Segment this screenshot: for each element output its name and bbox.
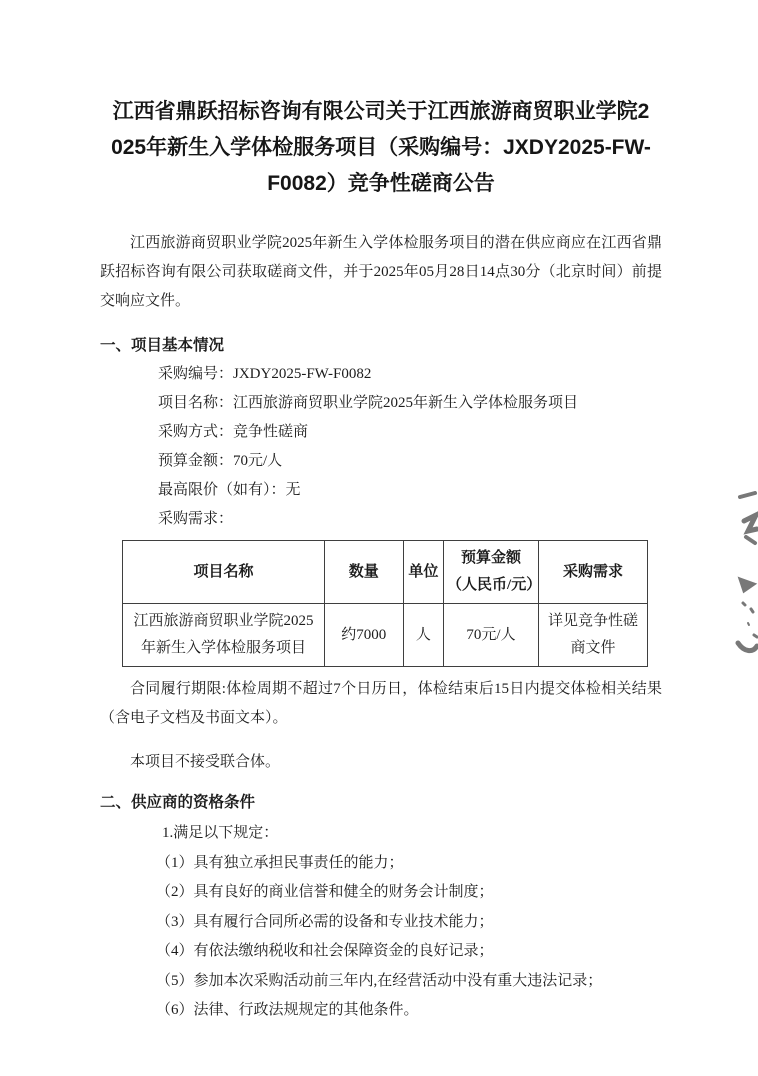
field-project-name: 项目名称：江西旅游商贸职业学院2025年新生入学体检服务项目: [158, 389, 662, 418]
field-procurement-method: 采购方式：竞争性磋商: [158, 418, 662, 447]
qualification-item-5: （5）参加本次采购活动前三年内,在经营活动中没有重大违法记录；: [156, 967, 662, 997]
table-cell-budget: 70元/人: [444, 604, 539, 667]
table-header-budget: 预算金额 （人民币/元）: [444, 541, 539, 604]
table-cell-unit: 人: [403, 604, 443, 667]
field-max-price-limit: 最高限价（如有）：无: [158, 476, 662, 505]
contract-period-paragraph: 合同履行期限:体检周期不超过7个日历日，体检结束后15日内提交体检相关结果（含电…: [100, 675, 662, 733]
qualification-intro: 1.满足以下规定：: [162, 819, 662, 849]
document-title: 江西省鼎跃招标咨询有限公司关于江西旅游商贸职业学院2 025年新生入学体检服务项…: [100, 94, 662, 202]
document-title-line: F0082）竞争性磋商公告: [100, 166, 662, 202]
table-header-demand: 采购需求: [538, 541, 647, 604]
table-cell-demand: 详见竞争性磋商文件: [538, 604, 647, 667]
table-cell-quantity: 约7000: [324, 604, 403, 667]
qualification-item-2: （2）具有良好的商业信誉和健全的财务会计制度；: [156, 878, 662, 908]
field-procurement-number: 采购编号：JXDY2025-FW-F0082: [158, 360, 662, 389]
table-header-row: 项目名称 数量 单位 预算金额 （人民币/元） 采购需求: [123, 541, 648, 604]
qualification-item-6: （6）法律、行政法规规定的其他条件。: [156, 996, 662, 1026]
requirements-table: 项目名称 数量 单位 预算金额 （人民币/元） 采购需求 江西旅游商贸职业学院2…: [122, 540, 648, 667]
section-1-heading: 一、项目基本情况: [100, 331, 662, 360]
section-2-heading: 二、供应商的资格条件: [100, 788, 662, 817]
table-header-unit: 单位: [403, 541, 443, 604]
table-row: 江西旅游商贸职业学院2025年新生入学体检服务项目 约7000 人 70元/人 …: [123, 604, 648, 667]
document-title-line: 江西省鼎跃招标咨询有限公司关于江西旅游商贸职业学院2: [100, 94, 662, 130]
document-page: 江西省鼎跃招标咨询有限公司关于江西旅游商贸职业学院2 025年新生入学体检服务项…: [0, 0, 758, 1076]
table-cell-project-name: 江西旅游商贸职业学院2025年新生入学体检服务项目: [123, 604, 325, 667]
intro-paragraph: 江西旅游商贸职业学院2025年新生入学体检服务项目的潜在供应商应在江西省鼎跃招标…: [100, 229, 662, 316]
no-consortium-note: 本项目不接受联合体。: [100, 748, 662, 777]
table-header-project-name: 项目名称: [123, 541, 325, 604]
field-procurement-demand-label: 采购需求：: [158, 505, 662, 534]
field-budget-amount: 预算金额：70元/人: [158, 447, 662, 476]
qualification-item-4: （4）有依法缴纳税收和社会保障资金的良好记录；: [156, 937, 662, 967]
document-title-line: 025年新生入学体检服务项目（采购编号：JXDY2025-FW-: [100, 130, 662, 166]
table-header-quantity: 数量: [324, 541, 403, 604]
handwriting-mark-icon: [724, 487, 758, 659]
qualification-item-1: （1）具有独立承担民事责任的能力；: [156, 849, 662, 879]
qualification-item-3: （3）具有履行合同所必需的设备和专业技术能力；: [156, 908, 662, 938]
document-content: 江西省鼎跃招标咨询有限公司关于江西旅游商贸职业学院2 025年新生入学体检服务项…: [100, 0, 662, 1026]
